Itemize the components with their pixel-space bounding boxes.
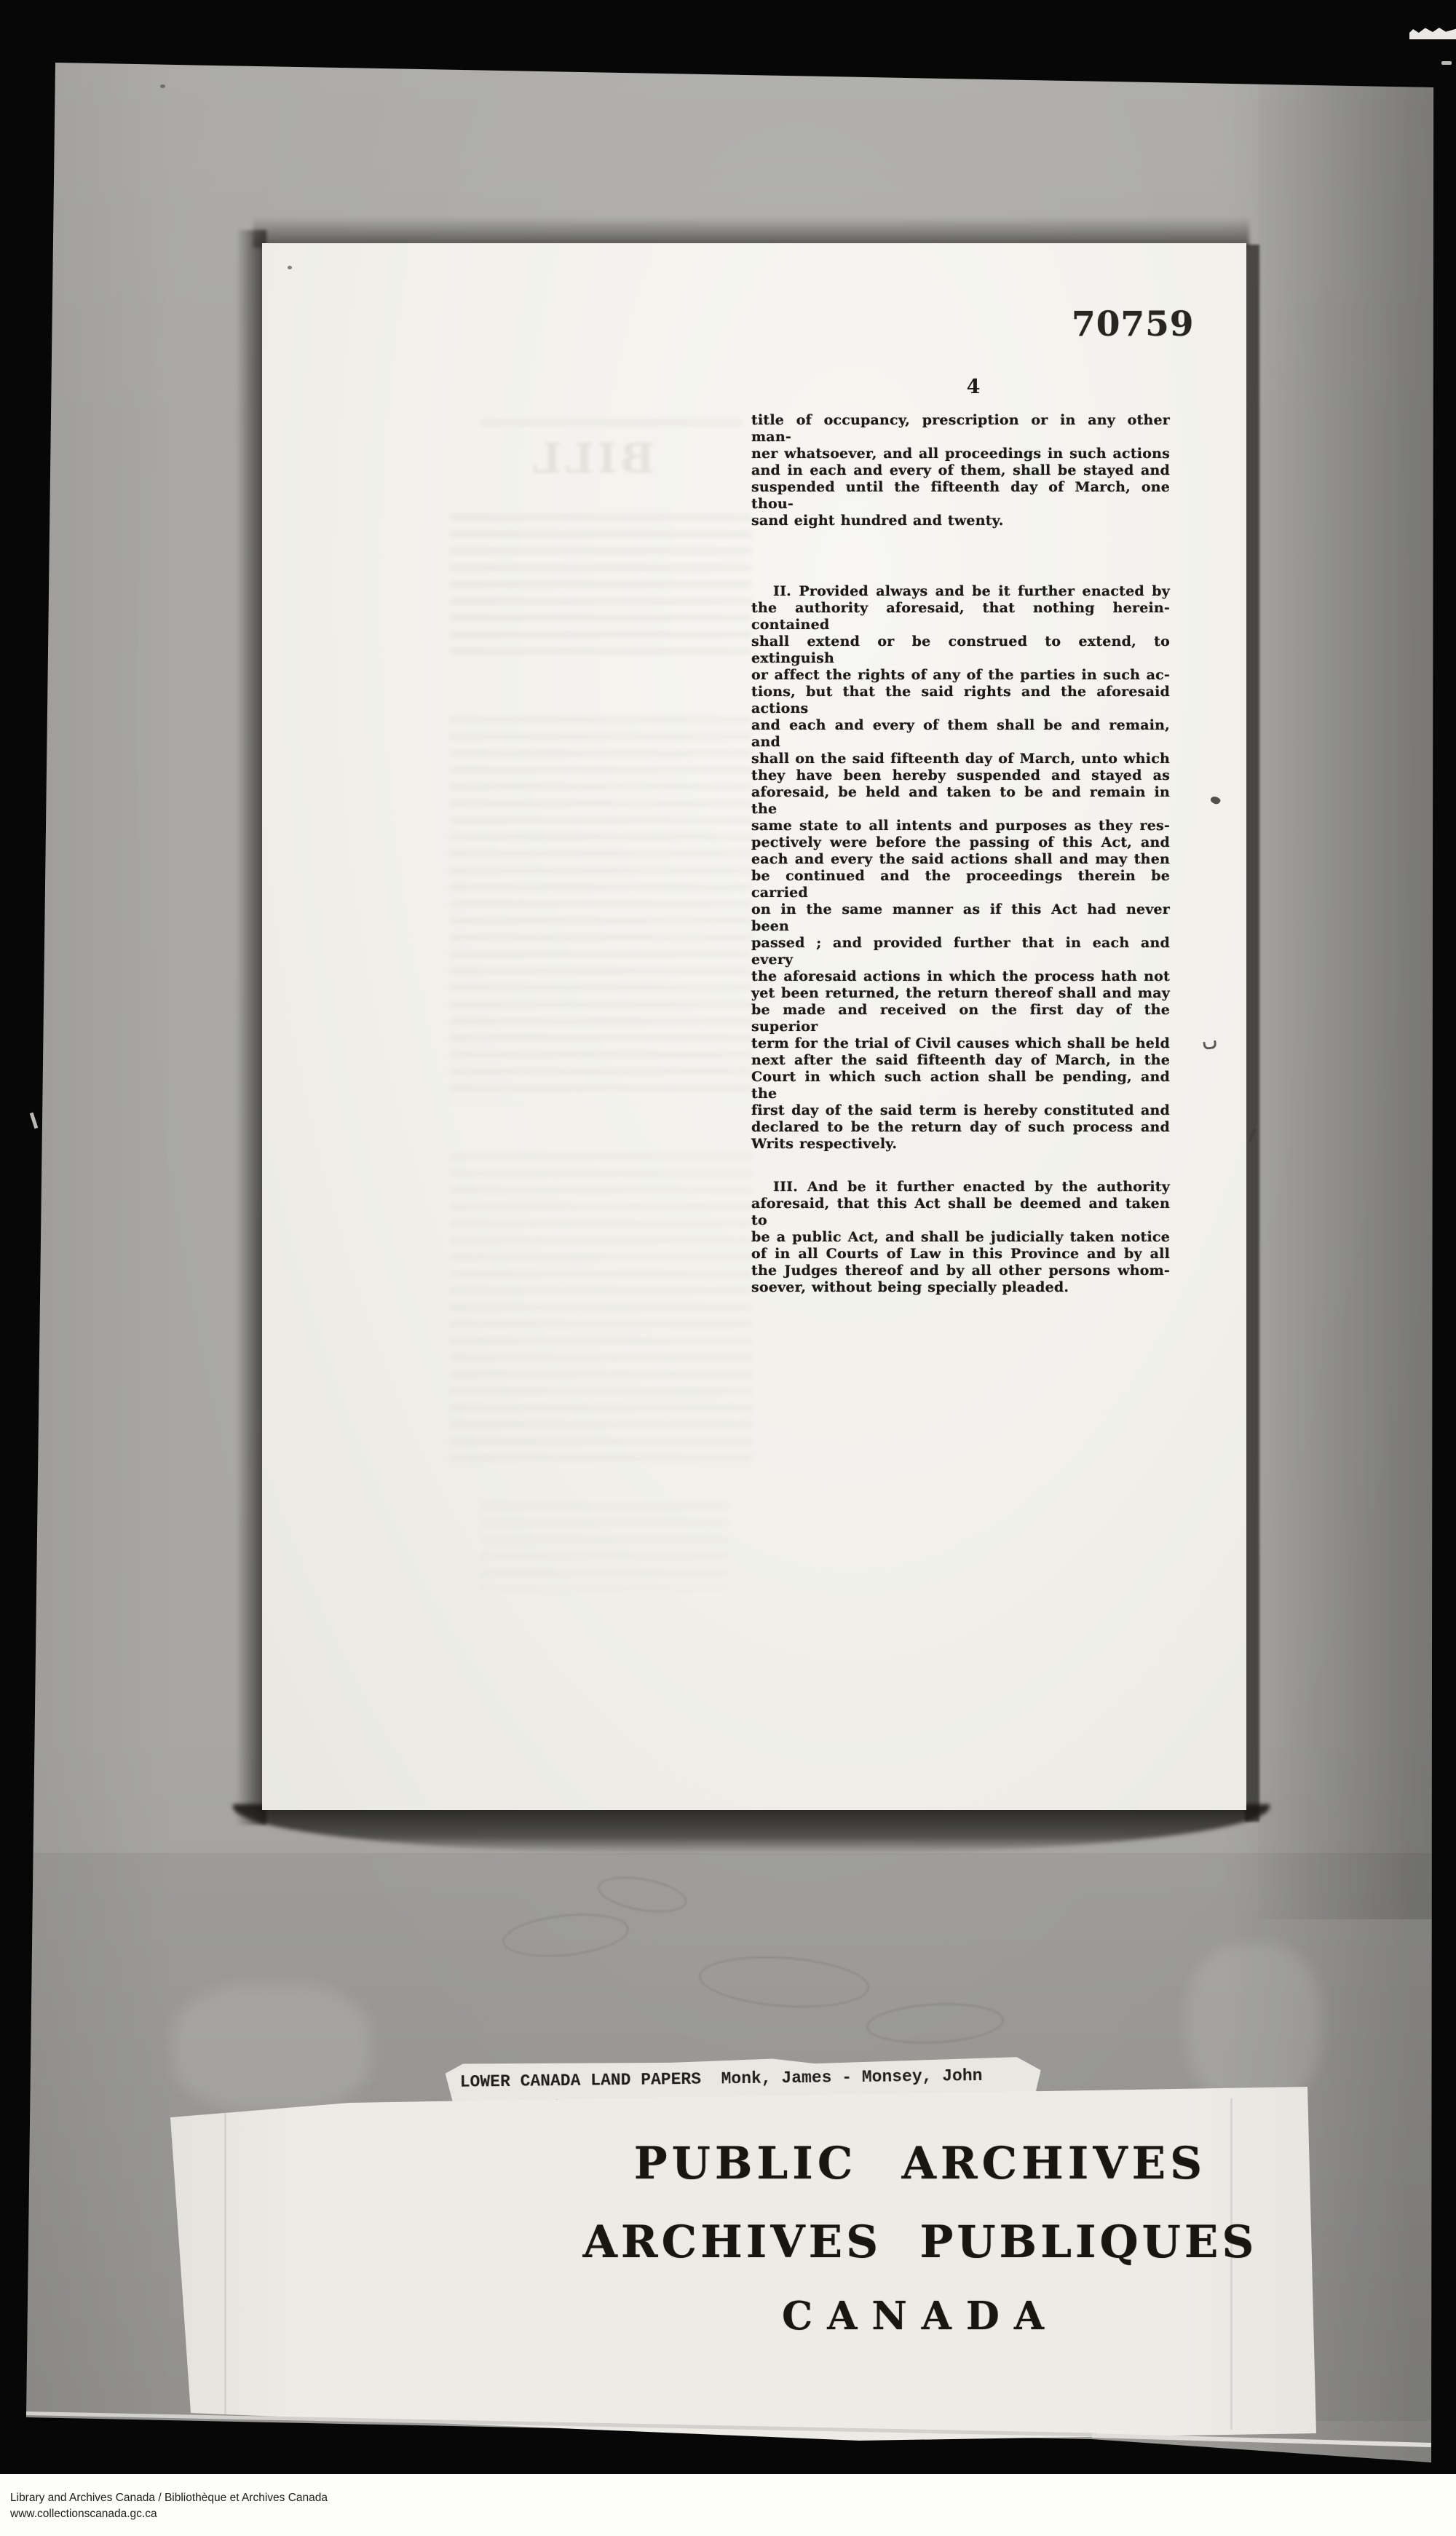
text-line: tions, but that the said rights and the …: [751, 684, 1170, 717]
text-line: suspended until the fifteenth day of Mar…: [751, 479, 1170, 513]
footer-url: www.collectionscanada.gc.ca: [10, 2506, 328, 2522]
text-line: aforesaid, that this Act shall be deemed…: [751, 1196, 1170, 1229]
text-line: each and every the said actions shall an…: [751, 851, 1170, 868]
text-line: or affect the rights of any of the parti…: [751, 667, 1170, 684]
text-line: pectively were before the passing of thi…: [751, 834, 1170, 851]
scan-footer: Library and Archives Canada / Bibliothèq…: [0, 2474, 1456, 2536]
text-line: title of occupancy, prescription or in a…: [751, 412, 1170, 446]
verso-show-through: [480, 1503, 728, 1590]
paragraph-3-section-iii: III. And be it further enacted by the au…: [751, 1179, 1170, 1296]
text-line: first day of the said term is hereby con…: [751, 1102, 1170, 1119]
text-line: the aforesaid actions in which the proce…: [751, 968, 1170, 985]
text-line: yet been returned, the return thereof sh…: [751, 985, 1170, 1002]
paragraph-2-section-ii: II. Provided always and be it further en…: [751, 583, 1170, 1153]
text-line: shall extend or be construed to extend, …: [751, 633, 1170, 667]
verso-show-through: [450, 514, 752, 661]
corner-artifact: [1441, 61, 1452, 65]
verso-show-through: [450, 716, 752, 1102]
text-line: same state to all intents and purposes a…: [751, 818, 1170, 834]
corner-artifact: [1409, 25, 1456, 39]
text-line: and each and every of them shall be and …: [751, 717, 1170, 751]
public-archives-stamp: PUBLIC ARCHIVES ARCHIVES PUBLIQUES CANAD…: [169, 2084, 1316, 2442]
printed-text-column: title of occupancy, prescription or in a…: [751, 412, 1170, 1296]
text-line: Writs respectively.: [751, 1136, 1170, 1153]
text-line: III. And be it further enacted by the au…: [751, 1179, 1170, 1196]
footer-attribution: Library and Archives Canada / Bibliothèq…: [10, 2490, 328, 2522]
text-line: the Judges thereof and by all other pers…: [751, 1263, 1170, 1279]
text-line: Court in which such action shall be pend…: [751, 1069, 1170, 1102]
text-line: ner whatsoever, and all proceedings in s…: [751, 446, 1170, 462]
text-line: soever, without being specially pleaded.: [751, 1279, 1170, 1296]
text-line: aforesaid, be held and taken to be and r…: [751, 784, 1170, 818]
tape-mark: [1187, 1944, 1321, 2104]
text-line: shall on the said fifteenth day of March…: [751, 751, 1170, 767]
text-line: be made and received on the first day of…: [751, 1002, 1170, 1035]
page-number: 4: [951, 377, 995, 397]
text-line: of in all Courts of Law in this Province…: [751, 1246, 1170, 1263]
tape-mark: [173, 1984, 370, 2112]
text-line: and in each and every of them, shall be …: [751, 462, 1170, 479]
document-page: 70759 4 BILL title of occupancy, prescri…: [262, 243, 1246, 1810]
verso-show-through: [450, 1153, 752, 1466]
scratch-mark: [30, 1113, 39, 1129]
stamp-line-english: PUBLIC ARCHIVES: [387, 2138, 1453, 2189]
archive-stamp-number: 70759: [1072, 307, 1195, 341]
text-line: be continued and the proceedings therein…: [751, 868, 1170, 901]
paper-crease: [224, 2098, 226, 2430]
text-line: term for the trial of Civil causes which…: [751, 1035, 1170, 1052]
label-collection-line: LOWER CANADA LAND PAPERS Monk, James - M…: [460, 2066, 983, 2093]
stamp-line-french: ARCHIVES PUBLIQUES: [387, 2216, 1453, 2268]
paragraph-1: title of occupancy, prescription or in a…: [751, 412, 1170, 529]
text-line: be a public Act, and shall be judicially…: [751, 1229, 1170, 1246]
scanned-archive-photostat: 70759 4 BILL title of occupancy, prescri…: [0, 0, 1456, 2536]
text-line: II. Provided always and be it further en…: [751, 583, 1170, 600]
stamp-line-canada: CANADA: [387, 2294, 1453, 2339]
text-line: on in the same manner as if this Act had…: [751, 901, 1170, 935]
text-line: sand eight hundred and twenty.: [751, 513, 1170, 529]
page-shadow-right: [1245, 245, 1259, 1822]
text-line: the authority aforesaid, that nothing he…: [751, 600, 1170, 633]
dust-speck: [288, 266, 292, 269]
dust-speck: [160, 84, 165, 88]
text-line: passed ; and provided further that in ea…: [751, 935, 1170, 968]
text-line: they have been hereby suspended and stay…: [751, 767, 1170, 784]
verso-show-through-title: BILL: [529, 438, 654, 479]
photo-shading-right: [1258, 84, 1433, 1919]
text-line: declared to be the return day of such pr…: [751, 1119, 1170, 1136]
text-line: next after the said fifteenth day of Mar…: [751, 1052, 1170, 1069]
verso-show-through: [480, 419, 743, 430]
footer-attribution-line: Library and Archives Canada / Bibliothèq…: [10, 2490, 328, 2506]
